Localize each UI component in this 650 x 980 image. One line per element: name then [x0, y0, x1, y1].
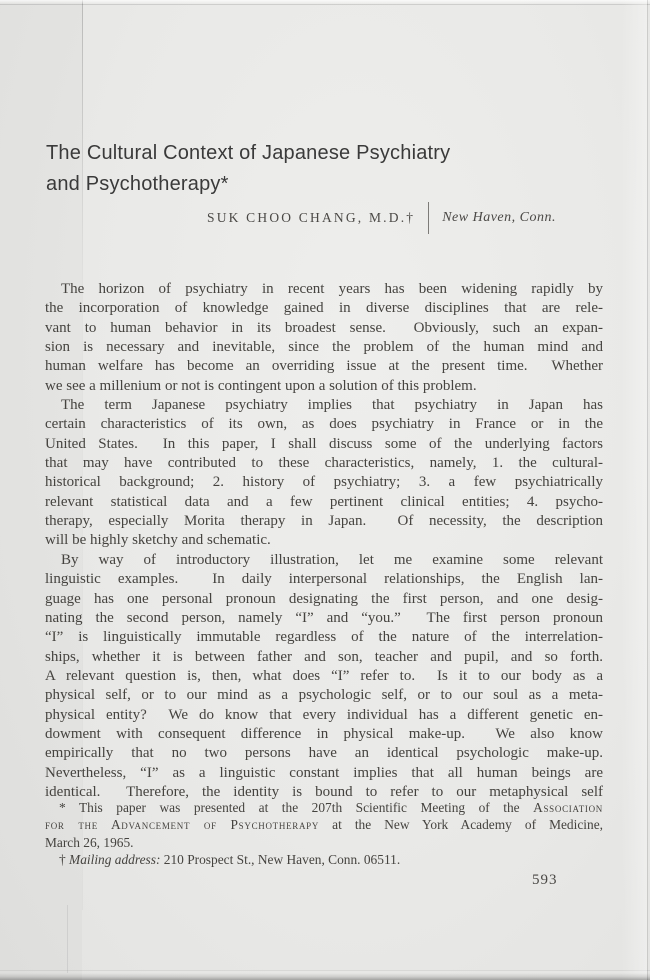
byline: SUK CHOO CHANG, M.D.† New Haven, Conn.: [45, 200, 603, 236]
text-line: United States. In this paper, I shall di…: [45, 435, 603, 454]
footnote-2-label: Mailing address:: [69, 852, 160, 867]
footnote-2-text: 210 Prospect St., New Haven, Conn. 06511…: [160, 852, 400, 867]
text-line: vant to human behavior in its broadest s…: [45, 319, 603, 338]
text-line: “I” is linguistically immutable regardle…: [45, 628, 603, 647]
byline-divider-rule: [428, 202, 429, 234]
paragraph-2: The term Japanese psychiatry implies tha…: [45, 396, 603, 551]
text-line: sion is necessary and inevitable, since …: [45, 338, 603, 357]
scanned-page: The Cultural Context of Japanese Psychia…: [0, 0, 650, 980]
text-line: physical entity? We do know that every i…: [45, 706, 603, 725]
paper-bottom-crease: [0, 970, 650, 971]
text-line: human welfare has become an overriding i…: [45, 357, 603, 376]
page-right-edge-line: [647, 0, 648, 980]
article-title: The Cultural Context of Japanese Psychia…: [46, 138, 450, 200]
footnote-1-text: * This paper was presented at the 207th …: [59, 800, 533, 815]
footnote-2: † Mailing address: 210 Prospect St., New…: [45, 851, 603, 868]
text-line: certain characteristics of its own, as d…: [45, 415, 603, 434]
article-body: The horizon of psychiatry in recent year…: [45, 280, 603, 802]
text-line: The horizon of psychiatry in recent year…: [45, 280, 603, 299]
article-title-line1: The Cultural Context of Japanese Psychia…: [46, 138, 450, 169]
text-line: historical background; 2. history of psy…: [45, 473, 603, 492]
text-line: dowment with consequent difference in ph…: [45, 725, 603, 744]
text-line: linguistic examples. In daily interperso…: [45, 570, 603, 589]
text-line: physical self, or to our mind as a psych…: [45, 686, 603, 705]
footnote-1-line-1: * This paper was presented at the 207th …: [45, 799, 603, 816]
page-top-edge-line: [0, 4, 650, 5]
text-line: therapy, especially Morita therapy in Ja…: [45, 512, 603, 531]
footnote-1-line-2: for the Advancement of Psychotherapy at …: [45, 816, 603, 833]
text-line: relevant statistical data and a few pert…: [45, 493, 603, 512]
footnote-2-marker: †: [59, 852, 69, 867]
footnote-1-text-2: at the New York Academy of Medicine,: [319, 817, 603, 832]
text-line: A relevant question is, then, what does …: [45, 667, 603, 686]
text-line: ships, whether it is between father and …: [45, 648, 603, 667]
page-bottom-edge-shadow: [0, 973, 650, 980]
page-number: 593: [532, 872, 558, 889]
footnote-1-line-3: March 26, 1965.: [45, 834, 603, 851]
article-title-line2: and Psychotherapy*: [46, 169, 450, 200]
page-right-edge-highlight: [621, 0, 647, 980]
author-name: SUK CHOO CHANG, M.D.†: [207, 210, 415, 226]
text-line: will be highly sketchy and schematic.: [45, 531, 603, 550]
text-line: Nevertheless, “I” as a linguistic consta…: [45, 764, 603, 783]
text-line: the incorporation of knowledge gained in…: [45, 299, 603, 318]
text-line: we see a millenium or not is contingent …: [45, 377, 603, 396]
footnotes: * This paper was presented at the 207th …: [45, 799, 603, 868]
text-line: nating the second person, namely “I” and…: [45, 609, 603, 628]
text-line: that may have contributed to these chara…: [45, 454, 603, 473]
footnote-1-smallcaps-2: for the Advancement of Psychotherapy: [45, 817, 319, 832]
footnote-1-smallcaps: Association: [533, 800, 603, 815]
text-line: empirically that no two persons have an …: [45, 744, 603, 763]
text-line: guage has one personal pronoun designati…: [45, 590, 603, 609]
text-line: By way of introductory illustration, let…: [45, 551, 603, 570]
author-location: New Haven, Conn.: [442, 210, 556, 226]
text-line: The term Japanese psychiatry implies tha…: [45, 396, 603, 415]
paper-corner-crease: [67, 905, 68, 973]
paragraph-3: By way of introductory illustration, let…: [45, 551, 603, 802]
paragraph-1: The horizon of psychiatry in recent year…: [45, 280, 603, 396]
